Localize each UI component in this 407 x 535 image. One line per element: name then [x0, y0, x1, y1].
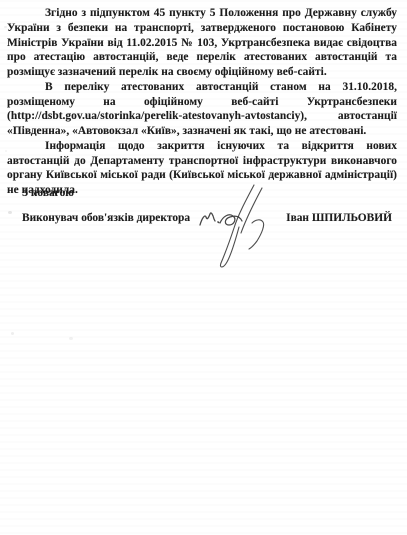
signer-title: Виконувач обов'язків директора	[22, 212, 190, 224]
scan-artifact-speck	[11, 332, 14, 335]
scan-artifact-speck	[8, 211, 12, 214]
paragraph-legal-basis: Згідно з підпунктом 45 пункту 5 Положенн…	[7, 6, 397, 80]
signature-line: Виконувач обов'язків директора Іван ШПИЛ…	[22, 212, 392, 224]
paragraph-attestation-list: В переліку атестованих автостанцій стано…	[7, 80, 397, 139]
scan-artifact-speck	[5, 150, 7, 152]
scan-artifact-speck	[69, 337, 73, 340]
document-page: Згідно з підпунктом 45 пункту 5 Положенн…	[0, 0, 407, 535]
letter-body: Згідно з підпунктом 45 пункту 5 Положенн…	[7, 6, 397, 198]
closing-salutation: З повагою	[22, 187, 74, 199]
scan-artifact-speck	[4, 26, 7, 28]
signer-name: Іван ШПИЛЬОВИЙ	[286, 212, 392, 224]
